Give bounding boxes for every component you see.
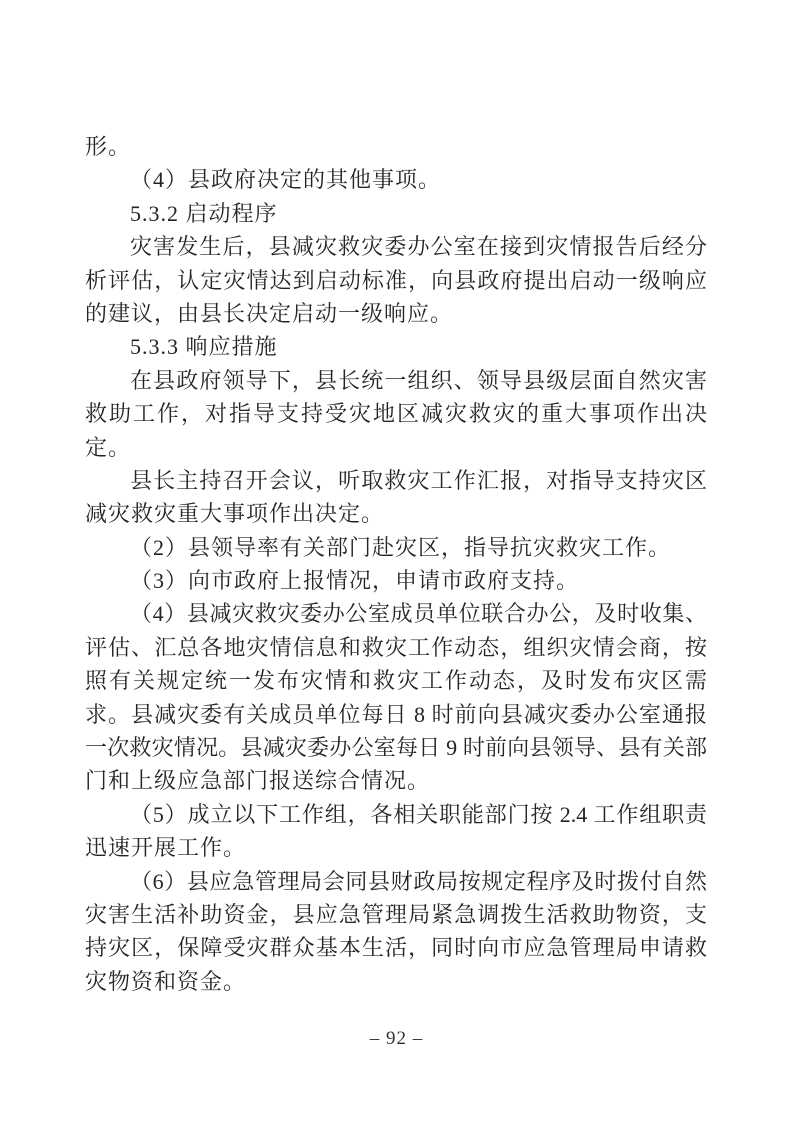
text-line: 迅速开展工作。 [85, 831, 707, 864]
text-line: 门和上级应急部门报送综合情况。 [85, 764, 707, 797]
text-line: （5）成立以下工作组，各相关职能部门按 2.4 工作组职责 [85, 798, 707, 831]
page-number: – 92 – [370, 1028, 424, 1049]
text-line: （2）县领导率有关部门赴灾区，指导抗灾救灾工作。 [85, 531, 707, 564]
text-line: 减灾救灾重大事项作出决定。 [85, 497, 707, 530]
text-line: 灾物资和资金。 [85, 965, 707, 998]
text-line: （6）县应急管理局会同县财政局按规定程序及时拨付自然 [85, 865, 707, 898]
text-line: 的建议，由县长决定启动一级响应。 [85, 297, 707, 330]
text-line: 在县政府领导下，县长统一组织、领导县级层面自然灾害 [85, 364, 707, 397]
text-line: 持灾区，保障受灾群众基本生活，同时向市应急管理局申请救 [85, 931, 707, 964]
text-line: 救助工作，对指导支持受灾地区减灾救灾的重大事项作出决 [85, 397, 707, 430]
document-page: 形。（4）县政府决定的其他事项。5.3.2 启动程序灾害发生后，县减灾救灾委办公… [0, 0, 793, 1122]
text-line: （3）向市政府上报情况，申请市政府支持。 [85, 564, 707, 597]
text-line: （4）县减灾救灾委办公室成员单位联合办公，及时收集、 [85, 597, 707, 630]
section-heading: 5.3.3 响应措施 [85, 330, 707, 363]
document-body: 形。（4）县政府决定的其他事项。5.3.2 启动程序灾害发生后，县减灾救灾委办公… [85, 130, 707, 998]
text-line: （4）县政府决定的其他事项。 [85, 163, 707, 196]
text-line: 照有关规定统一发布灾情和救灾工作动态，及时发布灾区需 [85, 664, 707, 697]
page-footer: – 92 – [0, 1028, 793, 1050]
text-line: 灾害生活补助资金，县应急管理局紧急调拨生活救助物资，支 [85, 898, 707, 931]
text-line: 评估、汇总各地灾情信息和救灾工作动态，组织灾情会商，按 [85, 631, 707, 664]
text-line: 析评估，认定灾情达到启动标准，向县政府提出启动一级响应 [85, 264, 707, 297]
text-line: 求。县减灾委有关成员单位每日 8 时前向县减灾委办公室通报 [85, 698, 707, 731]
text-line: 灾害发生后，县减灾救灾委办公室在接到灾情报告后经分 [85, 230, 707, 263]
text-line: 定。 [85, 431, 707, 464]
text-line: 形。 [85, 130, 707, 163]
section-heading: 5.3.2 启动程序 [85, 197, 707, 230]
text-line: 县长主持召开会议，听取救灾工作汇报，对指导支持灾区 [85, 464, 707, 497]
text-line: 一次救灾情况。县减灾委办公室每日 9 时前向县领导、县有关部 [85, 731, 707, 764]
